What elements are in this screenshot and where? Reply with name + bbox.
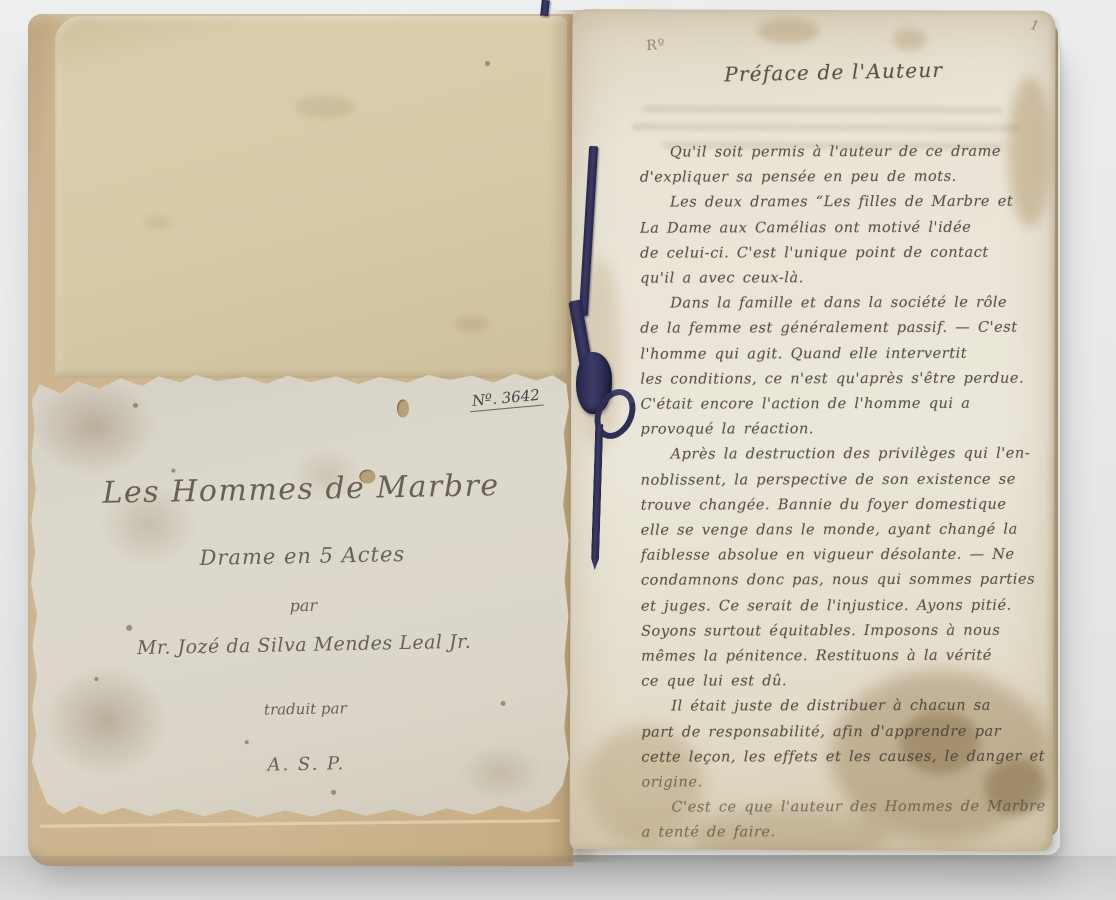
worm-hole (245, 740, 249, 744)
title-label: Nº. 3642 Les Hommes de Marbre Drame en 5… (29, 371, 571, 820)
manuscript-line: trouve changée. Bannie du foyer domestiq… (641, 492, 1045, 518)
bleedthrough-line (632, 123, 1022, 131)
paper-hole (397, 399, 409, 417)
manuscript-line: faiblesse absolue en vigueur désolante. … (641, 543, 1045, 569)
recto-annotation: Rº (646, 37, 666, 54)
manuscript-page-recto: Rº 1 Préface de l'Auteur Qu'il soit perm… (570, 9, 1056, 851)
manuscript-line: ce que lui est dû. (641, 669, 1045, 695)
manuscript-line: Qu'il soit permis à l'auteur de ce drame (640, 140, 1044, 166)
manuscript-line: part de responsabilité, afin d'apprendre… (641, 719, 1045, 745)
translated-by: traduit par (85, 696, 525, 722)
paper-stain (892, 28, 926, 50)
manuscript-line: La Dame aux Camélias ont motivé l'idée (640, 215, 1044, 241)
manuscript-line: de la femme est généralement passif. — C… (640, 316, 1044, 342)
manuscript-line: elle se venge dans le monde, ayant chang… (641, 518, 1045, 544)
manuscript-line: l'homme qui agit. Quand elle intervertit (640, 341, 1044, 367)
table-shadow (0, 856, 1116, 900)
worm-hole (94, 677, 98, 681)
bleedthrough-line (642, 105, 1002, 113)
manuscript-line: Soyons surtout équitables. Imposons à no… (641, 618, 1045, 644)
work-title: Les Hommes de Marbre (81, 468, 522, 511)
preface-title: Préface de l'Auteur (724, 58, 943, 87)
manuscript-line: C'est ce que l'auteur des Hommes de Marb… (641, 795, 1045, 821)
worm-hole (171, 469, 175, 473)
photo-of-open-manuscript: Rº 1 Préface de l'Auteur Qu'il soit perm… (0, 0, 1116, 900)
ribbon-bookmark-tip (540, 0, 550, 16)
work-subtitle: Drame en 5 Actes (82, 540, 522, 572)
worm-hole (331, 790, 336, 795)
paper-stain (295, 96, 355, 118)
manuscript-line: cette leçon, les effets et les causes, l… (641, 744, 1045, 770)
manuscript-line: d'expliquer sa pensée en peu de mots. (640, 165, 1044, 191)
manuscript-line: mêmes la pénitence. Restituons à la véri… (641, 644, 1045, 670)
manuscript-line: noblissent, la perspective de son existe… (641, 467, 1045, 493)
byline: par (83, 592, 523, 619)
manuscript-line: origine. (641, 770, 1045, 796)
worm-hole (485, 61, 490, 66)
manuscript-line: provoqué la réaction. (641, 417, 1045, 443)
manuscript-line: Dans la famille et dans la société le rô… (640, 291, 1044, 317)
manuscript-line: les conditions, ce n'est qu'après s'être… (640, 366, 1044, 392)
manuscript-line: de celui-ci. C'est l'unique point de con… (640, 240, 1044, 266)
manuscript-line: Les deux drames “Les filles de Marbre et (640, 190, 1044, 216)
manuscript-line: C'était encore l'action de l'homme qui a (640, 392, 1044, 418)
paper-stain (757, 18, 819, 44)
worm-hole (126, 625, 132, 631)
manuscript-line: qu'il a avec ceux-là. (640, 266, 1044, 292)
manuscript-text-column: Qu'il soit permis à l'auteur de ce drame… (640, 140, 1046, 851)
manuscript-line: et juges. Ce serait de l'injustice. Ayon… (641, 593, 1045, 619)
page-number: 1 (1029, 18, 1041, 35)
paper-stain (455, 316, 489, 332)
translator-signature: A. S. P. (86, 750, 526, 779)
manuscript-line: Il était juste de distribuer à chacun sa (641, 694, 1045, 720)
author-name: Mr. Jozé da Silva Mendes Leal Jr. (84, 630, 524, 660)
manuscript-line: a tenté de faire. (642, 820, 1046, 846)
blank-flyleaf-page (55, 16, 567, 378)
manuscript-line: Après la destruction des privilèges qui … (641, 442, 1045, 468)
manuscript-line: condamnons donc pas, nous qui sommes par… (641, 568, 1045, 594)
paper-stain (145, 216, 171, 229)
worm-hole (133, 403, 138, 408)
catalog-number: Nº. 3642 (468, 386, 543, 413)
